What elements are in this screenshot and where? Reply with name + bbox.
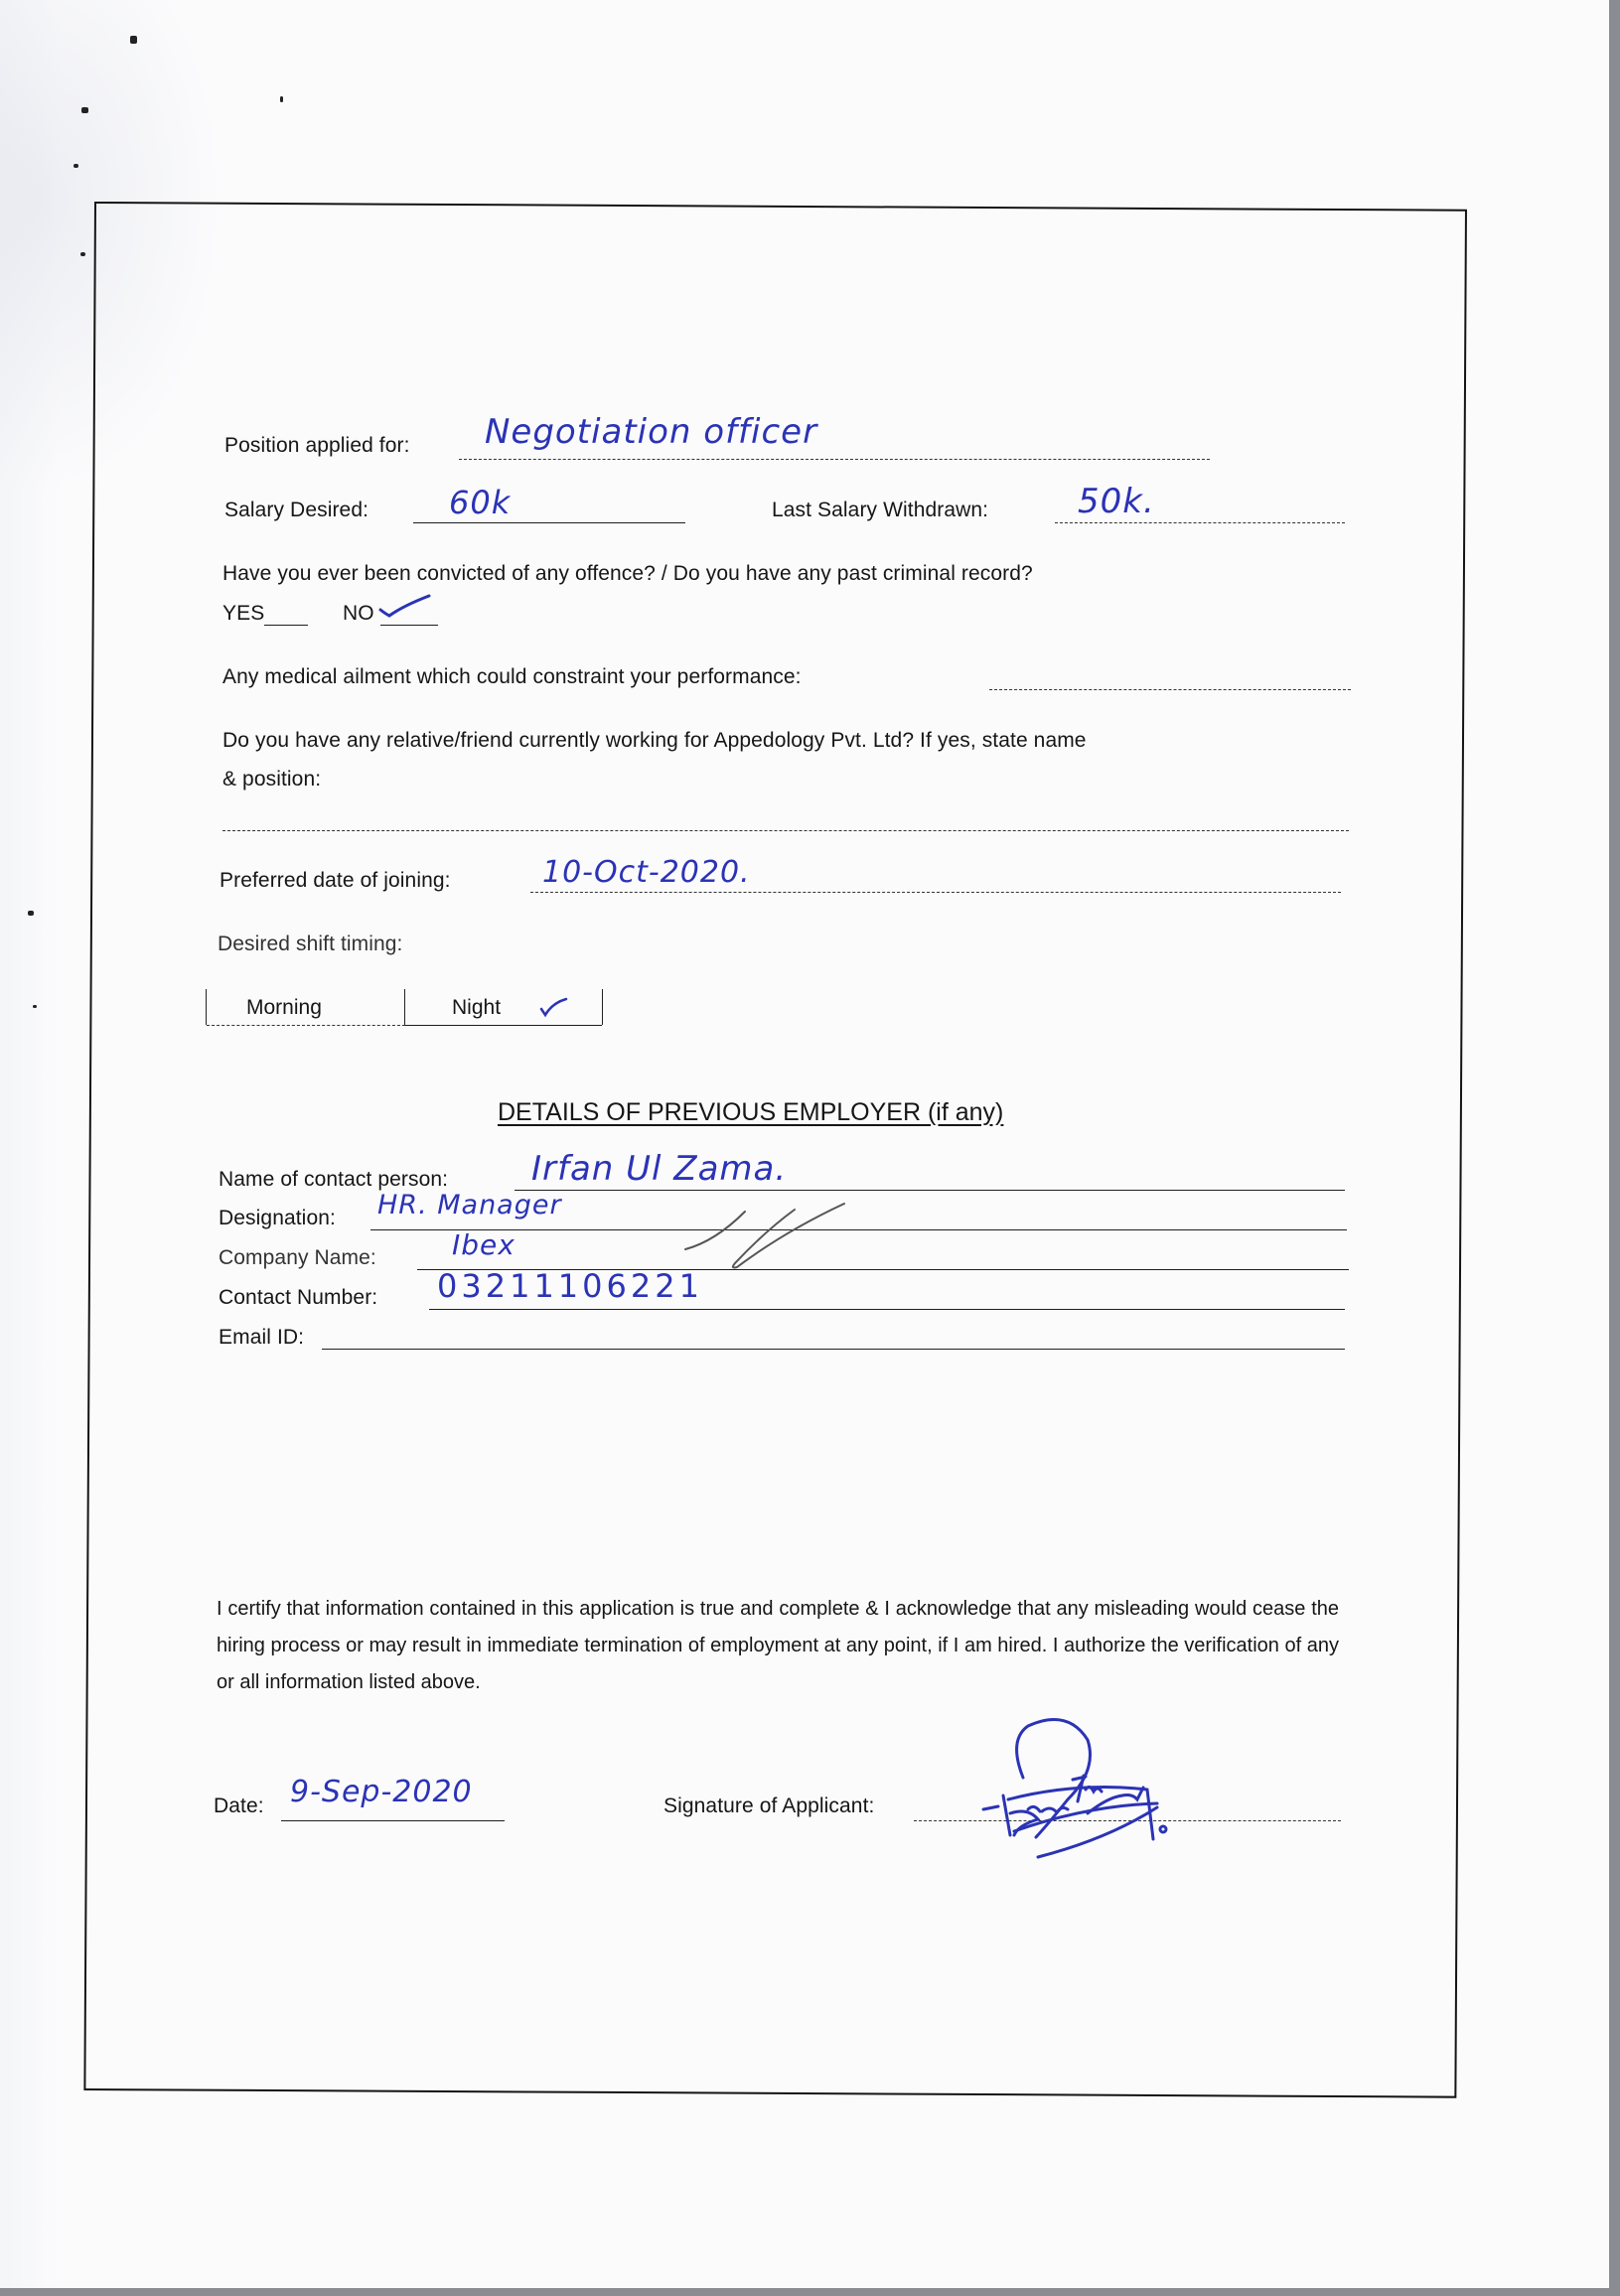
yes-blank[interactable] bbox=[264, 625, 308, 626]
scanner-edge-right bbox=[1609, 0, 1620, 2296]
salary-desired-line bbox=[413, 522, 685, 523]
scan-speck bbox=[33, 1005, 37, 1008]
scan-speck bbox=[28, 911, 34, 916]
salary-desired-label: Salary Desired: bbox=[224, 500, 368, 520]
scanner-edge-bottom bbox=[0, 2288, 1620, 2296]
shift-night-label: Night bbox=[452, 997, 501, 1018]
no-label: NO bbox=[343, 603, 374, 624]
position-line bbox=[459, 459, 1210, 460]
date-value[interactable]: 9-Sep-2020 bbox=[290, 1778, 473, 1807]
scan-speck bbox=[81, 107, 88, 113]
shift-night-underline bbox=[405, 1025, 602, 1026]
relative-question: Do you have any relative/friend currentl… bbox=[222, 730, 1087, 751]
designation-value[interactable]: HR. Manager bbox=[377, 1192, 562, 1219]
designation-label: Designation: bbox=[219, 1208, 336, 1228]
signature-label: Signature of Applicant: bbox=[663, 1795, 874, 1816]
shift-option-night[interactable]: Night bbox=[404, 989, 603, 1025]
joining-value[interactable]: 10-Oct-2020. bbox=[542, 858, 751, 888]
email-label: Email ID: bbox=[219, 1327, 304, 1348]
shift-morning-label: Morning bbox=[246, 997, 322, 1018]
criminal-question: Have you ever been convicted of any offe… bbox=[222, 563, 1033, 584]
shift-option-morning[interactable]: Morning bbox=[206, 989, 405, 1025]
checkmark-icon bbox=[377, 592, 437, 620]
signature[interactable] bbox=[958, 1710, 1177, 1859]
last-salary-label: Last Salary Withdrawn: bbox=[772, 500, 988, 520]
last-salary-value[interactable]: 50k. bbox=[1078, 485, 1155, 518]
shift-label: Desired shift timing: bbox=[218, 933, 403, 954]
last-salary-line bbox=[1055, 522, 1345, 523]
scan-speck bbox=[130, 36, 137, 44]
position-value[interactable]: Negotiation officer bbox=[485, 415, 817, 449]
date-label: Date: bbox=[214, 1795, 264, 1816]
company-value[interactable]: Ibex bbox=[452, 1231, 515, 1259]
shift-morning-underline bbox=[207, 1025, 405, 1026]
contact-number-value[interactable]: 03211106221 bbox=[437, 1270, 703, 1302]
contact-person-label: Name of contact person: bbox=[219, 1169, 448, 1190]
date-line bbox=[281, 1820, 505, 1821]
scan-speck bbox=[80, 252, 85, 256]
checkmark-icon bbox=[538, 997, 570, 1017]
no-blank[interactable] bbox=[380, 625, 438, 626]
medical-line[interactable] bbox=[989, 689, 1351, 690]
previous-employer-heading: DETAILS OF PREVIOUS EMPLOYER (if any) bbox=[498, 1100, 1003, 1125]
scan-speck bbox=[74, 164, 78, 168]
contact-number-line bbox=[429, 1309, 1345, 1310]
company-label: Company Name: bbox=[219, 1247, 376, 1268]
medical-label: Any medical ailment which could constrai… bbox=[222, 666, 802, 687]
declaration-text: I certify that information contained in … bbox=[217, 1591, 1339, 1701]
contact-person-line bbox=[515, 1190, 1345, 1191]
relative-line[interactable] bbox=[222, 830, 1349, 831]
relative-question-cont: & position: bbox=[222, 769, 321, 789]
scan-speck bbox=[280, 96, 283, 102]
yes-label: YES bbox=[222, 603, 264, 624]
email-line[interactable] bbox=[322, 1349, 1345, 1350]
designation-line bbox=[370, 1229, 1347, 1230]
contact-number-label: Contact Number: bbox=[219, 1287, 377, 1308]
joining-label: Preferred date of joining: bbox=[220, 870, 451, 891]
salary-desired-value[interactable]: 60k bbox=[449, 487, 511, 518]
joining-line bbox=[530, 892, 1341, 893]
position-label: Position applied for: bbox=[224, 435, 410, 456]
pen-scribble bbox=[675, 1202, 854, 1271]
contact-person-value[interactable]: Irfan Ul Zama. bbox=[531, 1152, 787, 1186]
